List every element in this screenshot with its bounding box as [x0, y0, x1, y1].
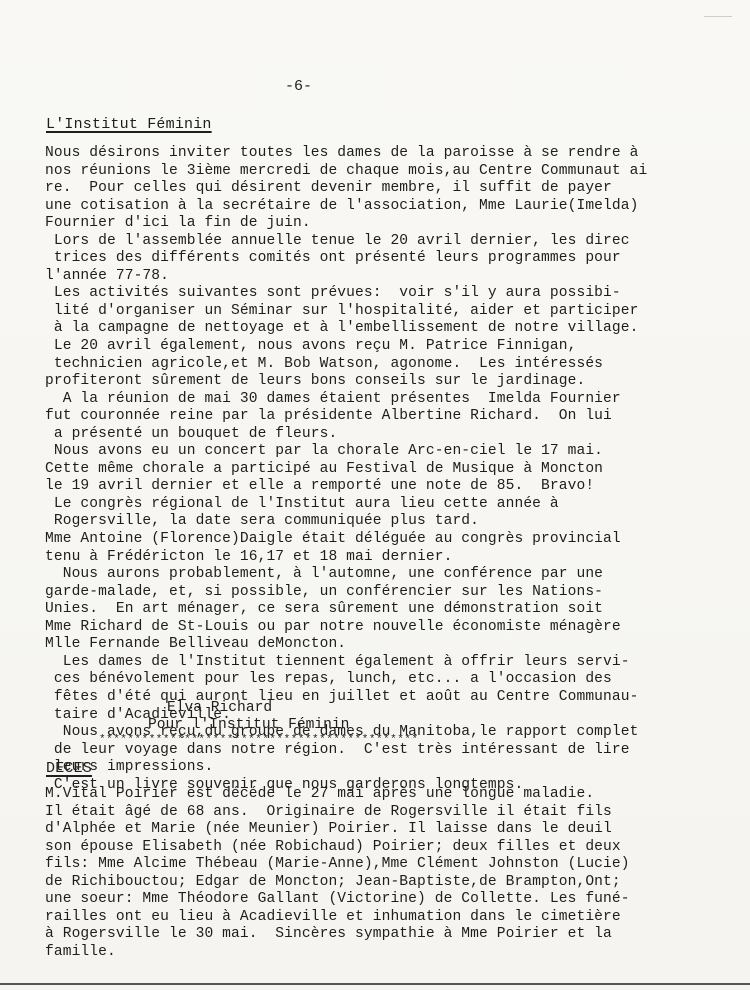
text-line: taire d'Acadieville.	[45, 707, 685, 725]
text-line: fut couronnée reine par la présidente Al…	[45, 408, 685, 426]
text-line: le 19 avril dernier et elle a remporté u…	[45, 478, 685, 496]
corner-mark	[704, 10, 732, 17]
text-line: une soeur: Mme Théodore Gallant (Victori…	[45, 891, 685, 909]
section-heading-deces: DECES	[46, 760, 92, 777]
text-line: Mlle Fernande Belliveau deMoncton.	[45, 636, 685, 654]
text-line: tenu à Frédéricton le 16,17 et 18 mai de…	[45, 549, 685, 567]
text-line: lité d'organiser un Séminar sur l'hospit…	[45, 303, 685, 321]
text-line: leurs impressions.	[45, 759, 685, 777]
text-line: l'année 77-78.	[45, 268, 685, 286]
text-line: famille.	[45, 944, 685, 962]
text-line: Nous désirons inviter toutes les dames d…	[45, 145, 685, 163]
text-line: Fournier d'ici la fin de juin.	[45, 215, 685, 233]
text-line: Mme Antoine (Florence)Daigle était délég…	[45, 531, 685, 549]
separator-stars: ****************************************…	[99, 734, 419, 746]
text-line: Les activités suivantes sont prévues: vo…	[45, 285, 685, 303]
text-line: Le 20 avril également, nous avons reçu M…	[45, 338, 685, 356]
text-line: de Richibouctou; Edgar de Moncton; Jean-…	[45, 874, 685, 892]
text-line: son épouse Elisabeth (née Robichaud) Poi…	[45, 839, 685, 857]
deces-body: M.Vital Poirier est décédé le 27 mai apr…	[45, 786, 685, 961]
text-line: Lors de l'assemblée annuelle tenue le 20…	[45, 233, 685, 251]
signature-org: Pour l'Institut Féminin	[148, 717, 349, 733]
text-line: M.Vital Poirier est décédé le 27 mai apr…	[45, 786, 685, 804]
page-number: -6-	[285, 78, 312, 95]
text-line: trices des différents comités ont présen…	[45, 250, 685, 268]
text-line: railles ont eu lieu à Acadieville et inh…	[45, 909, 685, 927]
text-line: garde-malade, et, si possible, un confér…	[45, 584, 685, 602]
text-line: Il était âgé de 68 ans. Originaire de Ro…	[45, 804, 685, 822]
text-line: a présenté un bouquet de fleurs.	[45, 426, 685, 444]
text-line: à Rogersville le 30 mai. Sincères sympat…	[45, 926, 685, 944]
text-line: re. Pour celles qui désirent devenir mem…	[45, 180, 685, 198]
text-line: technicien agricole,et M. Bob Watson, ag…	[45, 356, 685, 374]
text-line: Les dames de l'Institut tiennent égaleme…	[45, 654, 685, 672]
text-line: fils: Mme Alcime Thébeau (Marie-Anne),Mm…	[45, 856, 685, 874]
text-line: Rogersville, la date sera communiquée pl…	[45, 513, 685, 531]
institut-body: Nous désirons inviter toutes les dames d…	[45, 145, 685, 794]
document-page: -6- L'Institut Féminin Nous désirons inv…	[0, 0, 750, 990]
text-line: à la campagne de nettoyage et à l'embell…	[45, 320, 685, 338]
text-line: Le congrès régional de l'Institut aura l…	[45, 496, 685, 514]
section-heading-institut: L'Institut Féminin	[46, 116, 212, 133]
text-line: fêtes d'été qui auront lieu en juillet e…	[45, 689, 685, 707]
text-line: nos réunions le 3ième mercredi de chaque…	[45, 163, 685, 181]
text-line: d'Alphée et Marie (née Meunier) Poirier.…	[45, 821, 685, 839]
text-line: Cette même chorale a participé au Festiv…	[45, 461, 685, 479]
text-line: une cotisation à la secrétaire de l'asso…	[45, 198, 685, 216]
signature-name: Elva Richard	[167, 700, 272, 716]
text-line: Nous avons eu un concert par la chorale …	[45, 443, 685, 461]
page-bottom-edge	[0, 983, 750, 985]
text-line: A la réunion de mai 30 dames étaient pré…	[45, 391, 685, 409]
text-line: Mme Richard de St-Louis ou par notre nou…	[45, 619, 685, 637]
text-line: Nous aurons probablement, à l'automne, u…	[45, 566, 685, 584]
text-line: ces bénévolement pour les repas, lunch, …	[45, 671, 685, 689]
text-line: profiteront sûrement de leurs bons conse…	[45, 373, 685, 391]
text-line: Unies. En art ménager, ce sera sûrement …	[45, 601, 685, 619]
